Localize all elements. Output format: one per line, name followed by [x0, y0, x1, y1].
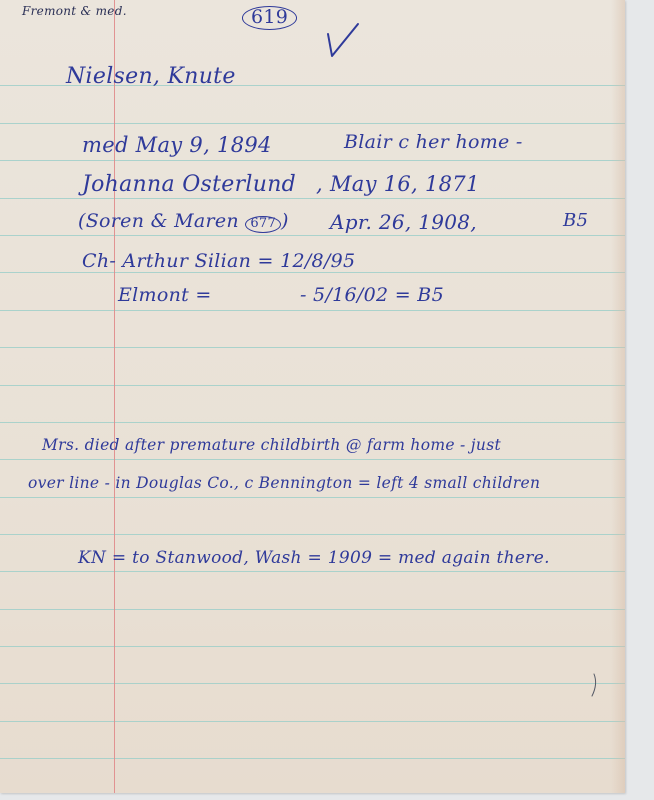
- ruled-line: [0, 310, 625, 311]
- spouse-parents: (Soren & Maren 677): [78, 210, 289, 233]
- ruled-line: [0, 721, 625, 722]
- spouse-burial: B5: [563, 210, 588, 231]
- subject-name: Nielsen, Knute: [66, 64, 236, 89]
- marriage-date: med May 9, 1894: [82, 133, 272, 157]
- ruled-line: [0, 758, 625, 759]
- spouse-name: Johanna Osterlund: [82, 172, 296, 197]
- record-number-circle: 619: [242, 6, 297, 30]
- note-line-3: KN = to Stanwood, Wash = 1909 = med agai…: [78, 548, 550, 568]
- child-2-date: - 5/16/02 = B5: [300, 284, 444, 306]
- record-number: 619: [242, 6, 297, 30]
- child-1: Ch- Arthur Silian = 12/8/95: [82, 250, 355, 272]
- ruled-line: [0, 534, 625, 535]
- note-line-2: over line - in Douglas Co., c Bennington…: [28, 474, 540, 492]
- ruled-line: [0, 123, 625, 124]
- ruled-line: [0, 459, 625, 460]
- ruled-line: [0, 609, 625, 610]
- pencil-mark-icon: [588, 672, 602, 698]
- lined-paper: Fremont & med. 619 Nielsen, Knute med Ma…: [0, 0, 625, 793]
- ruled-line: [0, 198, 625, 199]
- spouse-death-date: Apr. 26, 1908,: [330, 210, 477, 234]
- ruled-line: [0, 571, 625, 572]
- checkmark-icon: [322, 22, 362, 62]
- child-2-name: Elmont =: [118, 284, 212, 306]
- corner-note: Fremont & med.: [22, 4, 127, 18]
- ruled-line: [0, 160, 625, 161]
- spouse-parents-suffix: ): [281, 210, 289, 232]
- ruled-line: [0, 422, 625, 423]
- ruled-line: [0, 347, 625, 348]
- ruled-line: [0, 497, 625, 498]
- spouse-parents-prefix: (Soren & Maren: [78, 210, 239, 232]
- margin-line: [114, 0, 115, 793]
- marriage-place: Blair c her home -: [344, 131, 523, 153]
- ruled-line: [0, 235, 625, 236]
- note-line-1: Mrs. died after premature childbirth @ f…: [42, 436, 501, 454]
- parents-record-ref: 677: [245, 216, 281, 233]
- spouse-birth: , May 16, 1871: [316, 172, 480, 196]
- ruled-line: [0, 385, 625, 386]
- ruled-line: [0, 683, 625, 684]
- ruled-line: [0, 272, 625, 273]
- ruled-line: [0, 646, 625, 647]
